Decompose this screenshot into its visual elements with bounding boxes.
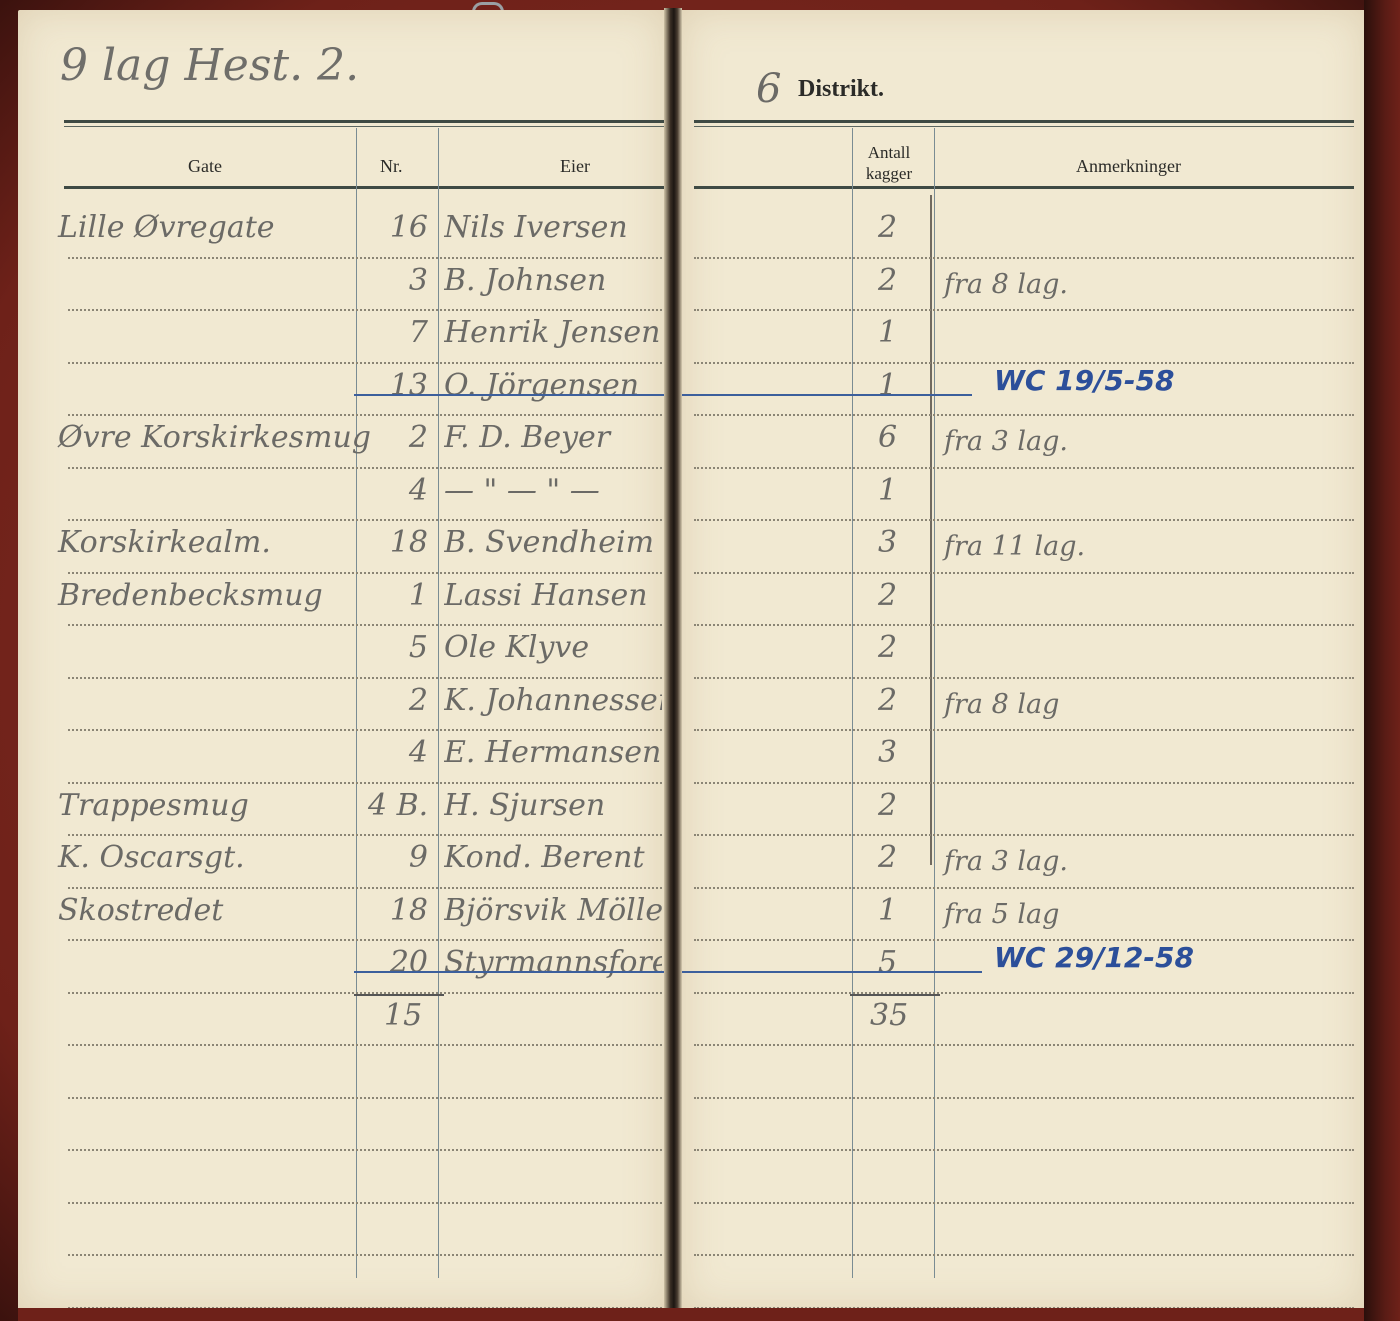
cell-kagger: 2 [878,788,897,823]
row-rule [694,782,1354,784]
cell-eier: Lassi Hansen [444,578,662,613]
cell-nr: 9 [368,840,428,875]
row-rule [694,1097,1354,1099]
cell-gate: K. Oscarsgt. [58,840,245,875]
sum-underline [850,994,940,996]
cell-eier: H. Sjursen [444,788,662,823]
cell-gate: Korskirkealm. [58,525,271,560]
cell-kagger: 3 [878,525,897,560]
kagger-label: kagger [858,163,920,184]
row-rule [68,677,662,679]
column-divider [438,128,439,1278]
row-rule [68,362,662,364]
district-label: Distrikt. [798,76,884,103]
cell-nr: 5 [368,630,428,665]
cell-eier: F. D. Beyer [444,420,662,455]
cell-eier: B. Johnsen [444,263,662,298]
cell-kagger: 2 [878,840,897,875]
row-rule [694,309,1354,311]
row-rule [68,887,662,889]
cell-eier: O. Jörgensen [444,368,662,403]
cell-kagger: 6 [878,420,897,455]
remark: fra 8 lag [944,689,1059,720]
row-rule [694,519,1354,521]
cell-eier: K. Johannessen [444,683,662,718]
sum-underline [354,994,444,996]
remark: fra 8 lag. [944,269,1068,300]
cell-eier: B. Svendheim [444,525,662,560]
column-header-antall-kagger: Antall kagger [858,142,920,184]
row-rule [68,414,662,416]
cell-nr: 4 [368,735,428,770]
cell-nr: 18 [368,525,428,560]
row-rule [694,1149,1354,1151]
cell-eier: Henrik Jensen [444,315,662,350]
cell-eier: — " — " — [444,473,662,508]
antall-label: Antall [858,142,920,163]
row-rule [694,729,1354,731]
cell-kagger: 3 [878,735,897,770]
remark: fra 5 lag [944,899,1059,930]
row-rule [694,624,1354,626]
cell-kagger: 1 [878,893,897,928]
row-rule [68,834,662,836]
header-top-rule-thin [64,126,664,127]
cell-kagger: 5 [878,945,897,980]
cell-kagger: 1 [878,368,897,403]
row-rule [694,887,1354,889]
column-divider [934,128,935,1278]
column-divider [356,128,357,1278]
book-gutter [664,8,682,1313]
row-rule [694,572,1354,574]
remark: WC 29/12-58 [994,941,1194,974]
row-rule [694,1202,1354,1204]
district-number: 6 [756,66,781,112]
row-rule [694,1254,1354,1256]
column-header-gate: Gate [188,156,222,177]
cell-kagger: 2 [878,210,897,245]
row-rule [68,519,662,521]
cell-eier: Ole Klyve [444,630,662,665]
row-rule [68,624,662,626]
cell-kagger: 2 [878,263,897,298]
header-top-rule [64,120,664,123]
cell-eier: Nils Iversen [444,210,662,245]
row-rule [694,414,1354,416]
header-bottom-rule [64,186,664,189]
row-rule [68,257,662,259]
row-rule [694,834,1354,836]
cell-gate: Lille Øvregate [58,210,275,245]
remark: WC 19/5-58 [994,364,1174,397]
header-bottom-rule [694,186,1354,189]
row-rule [694,1044,1354,1046]
cell-nr: 1 [368,578,428,613]
cell-eier: Björsvik Mölle [444,893,662,928]
cell-eier: Styrmannsforeningen [444,945,662,980]
cell-nr: 7 [368,315,428,350]
column-header-anmerkninger: Anmerkninger [1076,156,1181,177]
cell-nr: 20 [368,945,428,980]
cell-gate: Øvre Korskirkesmug [58,420,371,455]
cell-nr: 4 B. [368,788,428,823]
strike-through-line [354,394,664,396]
cell-gate: Trappesmug [58,788,249,823]
strike-through-line [682,971,982,973]
cell-nr: 2 [368,420,428,455]
row-rule [68,572,662,574]
row-rule [68,782,662,784]
column-header-nr: Nr. [380,156,403,177]
row-rule [68,1149,662,1151]
cell-kagger: 2 [878,630,897,665]
row-rule [68,1254,662,1256]
row-rule [694,677,1354,679]
cell-kagger: 2 [878,578,897,613]
header-top-rule-thin [694,126,1354,127]
row-rule [68,1044,662,1046]
cell-kagger: 1 [878,315,897,350]
cell-kagger: 1 [878,473,897,508]
cell-gate: Bredenbecksmug [58,578,323,613]
cell-nr: 2 [368,683,428,718]
remark: fra 3 lag. [944,426,1068,457]
row-rule [68,1202,662,1204]
cell-kagger: 2 [878,683,897,718]
left-page: 9 lag Hest. 2. Gate Nr. Eier Lille Øvreg… [18,10,664,1310]
row-rule [68,309,662,311]
cell-nr: 3 [368,263,428,298]
right-page: 6 Distrikt. Antall kagger Anmerkninger 2… [682,10,1364,1310]
row-rule [694,257,1354,259]
strike-through-line [682,394,972,396]
cell-nr: 18 [368,893,428,928]
header-top-rule [694,120,1354,123]
row-rule [68,939,662,941]
cover-bottom-edge [18,1308,1364,1321]
cover-edge [1364,0,1400,1321]
cell-gate: Skostredet [58,893,223,928]
remark: fra 11 lag. [944,531,1085,562]
pencil-bracket [930,195,932,865]
strike-through-line [354,971,664,973]
cell-nr: 4 [368,473,428,508]
total-kagger: 35 [870,998,908,1033]
cell-eier: Kond. Berent [444,840,662,875]
column-divider [852,128,853,1278]
cell-eier: E. Hermansen og Hansen [444,735,662,770]
cell-nr: 16 [368,210,428,245]
remark: fra 3 lag. [944,846,1068,877]
row-rule [68,729,662,731]
cell-nr: 13 [368,368,428,403]
column-header-eier: Eier [560,156,590,177]
handwritten-title: 9 lag Hest. 2. [60,40,359,91]
row-rule [694,992,1354,994]
total-nr: 15 [384,998,422,1033]
row-rule [68,1097,662,1099]
row-rule [68,467,662,469]
row-rule [694,467,1354,469]
